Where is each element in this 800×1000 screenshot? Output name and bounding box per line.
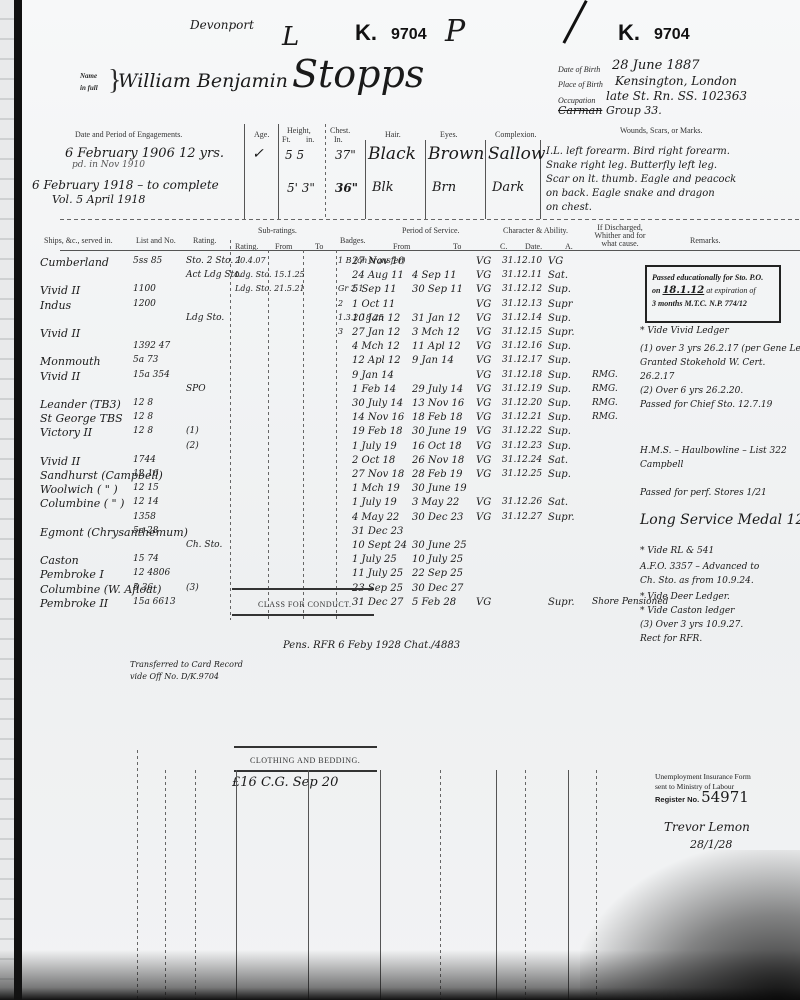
cell-from: 11 July 25	[352, 568, 403, 579]
cell-ship: Vivid II	[40, 284, 80, 297]
stamp-suffix: at expiration of	[706, 286, 755, 295]
cell-to: 10 July 25	[412, 554, 463, 565]
cell-date: 31.12.16	[502, 341, 542, 351]
stamp-line-1: Passed educationally for Sto. P.O.	[652, 273, 774, 282]
cell-date: 31.12.24	[502, 455, 542, 465]
cell-from: 4 Mch 12	[352, 341, 400, 352]
cell-to: 9 Jan 14	[412, 355, 454, 366]
cell-ship: Cumberland	[40, 256, 109, 269]
dob-value: 28 June 1887	[612, 58, 700, 73]
unemployment-register: Register No. 54971	[655, 792, 751, 805]
official-number-right: 9704	[654, 26, 690, 44]
cell-date: 31.12.22	[502, 426, 542, 436]
cell-a: Supr.	[548, 327, 575, 338]
cell-from: 1 Feb 14	[352, 384, 396, 395]
cell-ship: Leander (TB3)	[40, 398, 121, 411]
official-number-right-prefix: K.	[618, 20, 640, 46]
rule	[234, 770, 377, 772]
cell-ship: Egmont (Chrysanthemum)	[40, 526, 188, 539]
unemployment-stamp: Unemployment Insurance Form sent to Mini…	[655, 772, 751, 805]
cell-discharged: RMG.	[592, 384, 618, 394]
cell-to: 3 Mch 12	[412, 327, 460, 338]
cell-c: VG	[476, 270, 491, 281]
cell-rating: Sto. 2 Sto. 1	[186, 256, 242, 266]
rule	[60, 250, 800, 251]
hdr-badges: Badges.	[340, 236, 366, 245]
official-number: 9704	[391, 26, 427, 44]
cell-from: 10 Sept 24	[352, 540, 407, 551]
remark-line: (2) Over 6 yrs 26.2.20.	[640, 386, 743, 396]
cell-from: 27 Jan 12	[352, 327, 400, 338]
cell-c: VG	[476, 370, 491, 381]
cell-a: Supr	[548, 299, 572, 310]
cell-a: Sup.	[548, 469, 571, 480]
cell-to: 30 June 25	[412, 540, 467, 551]
cell-list: 15a 6613	[133, 597, 176, 607]
remark-line: * Vide Vivid Ledger	[640, 326, 729, 336]
wounds-line-2: Snake right leg. Butterfly left leg.	[546, 160, 717, 171]
hdr-period: Period of Service.	[402, 226, 460, 235]
cell-date: 31.12.15	[502, 327, 542, 337]
hdr-rating: Rating.	[193, 236, 216, 245]
cell-date: 31.12.12	[502, 284, 542, 294]
hdr-age: Age.	[254, 130, 269, 139]
remark-line: Campbell	[640, 460, 683, 470]
wounds-line-5: on chest.	[546, 202, 592, 213]
cell-from: 10 Jan 12	[352, 313, 400, 324]
hdr-discharged: If Discharged, Whither and for what caus…	[590, 224, 650, 248]
cell-c: VG	[476, 398, 491, 409]
cell-a: Sup.	[548, 384, 571, 395]
cell-from: 27 Nov 18	[352, 469, 404, 480]
cell-a: Sup.	[548, 355, 571, 366]
occupation-value: late St. Rn. SS. 102363	[606, 89, 747, 103]
cell-c: VG	[476, 355, 491, 366]
cell-list: 1392 47	[133, 341, 170, 351]
cell-a: VG	[548, 256, 563, 267]
cell-ship: Vivid II	[40, 455, 80, 468]
cell-from: 30 July 14	[352, 398, 403, 409]
cell-list: 12 16	[133, 469, 159, 479]
stamp-np: N.P. 774/12	[709, 299, 747, 308]
remark-line: H.M.S. – Haulbowline – List 322	[640, 446, 787, 456]
cell-from: 1 Oct 11	[352, 299, 395, 310]
cell-list: 15 74	[133, 554, 159, 564]
divider	[425, 140, 426, 219]
cell-list: 1200	[133, 299, 156, 309]
remark-line: (1) over 3 yrs 26.2.17 (per Gene Ledger)	[640, 344, 800, 354]
name-label-2: in full	[80, 84, 98, 92]
remark-line: Passed for perf. Stores 1/21	[640, 488, 767, 498]
cell-sub: Ldg. Sto. 21.5.21	[235, 284, 305, 293]
divider	[244, 124, 245, 219]
occupation-extra: Group 33.	[606, 104, 662, 117]
cell-from: 31 Dec 23	[352, 526, 403, 537]
cell-list: 1358	[133, 512, 156, 522]
cell-ship: Indus	[40, 299, 71, 312]
cell-c: VG	[476, 384, 491, 395]
cell-a: Supr.	[548, 512, 575, 523]
cell-list: 12 8	[133, 398, 153, 408]
port-name: Devonport	[190, 18, 254, 32]
cell-ship: Vivid II	[40, 370, 80, 383]
surname: Stopps	[292, 52, 424, 96]
rule	[60, 219, 800, 220]
hdr-remarks: Remarks.	[690, 236, 720, 245]
cell-rating: (1)	[186, 426, 199, 436]
cell-rating: SPO	[186, 384, 206, 394]
education-stamp: Passed educationally for Sto. P.O. on 18…	[645, 265, 781, 323]
hdr-complexion: Complexion.	[495, 130, 537, 139]
hdr-date-period: Date and Period of Engagements.	[75, 130, 182, 139]
cell-to: 30 Dec 27	[412, 583, 463, 594]
cell-rating: (2)	[186, 441, 199, 451]
engagement-1-note: pd. in Nov 1910	[72, 160, 145, 170]
remark-line: A.F.O. 3357 – Advanced to	[640, 562, 759, 572]
engagement-1-age: ✓	[252, 146, 264, 162]
hdr-height: Height,	[287, 126, 311, 135]
cell-a: Sup.	[548, 426, 571, 437]
unemployment-line-1: Unemployment Insurance Form	[655, 772, 751, 782]
cell-list: 1100	[133, 284, 156, 294]
stamp-on: on	[652, 286, 660, 295]
cell-to: 4 Sep 11	[412, 270, 457, 281]
cell-to: 29 July 14	[412, 384, 463, 395]
conduct-label: CLASS FOR CONDUCT.	[258, 600, 352, 609]
initial-mark: L	[282, 22, 299, 52]
cell-list: 12 4806	[133, 568, 170, 578]
remark-line: 26.2.17	[640, 372, 674, 382]
cell-list: 12 8	[133, 412, 153, 422]
engagement-1-height: 5 5	[285, 148, 304, 162]
clothing-value: £16 C.G. Sep 20	[232, 775, 338, 790]
engagement-2-hair: Blk	[372, 180, 394, 195]
cell-to: 30 Sep 11	[412, 284, 463, 295]
remark-line: * Vide Caston ledger	[640, 606, 734, 616]
cell-ship: Victory II	[40, 426, 92, 439]
cell-to: 16 Oct 18	[412, 441, 462, 452]
cell-date: 31.12.11	[502, 270, 542, 280]
hdr-sub-ratings: Sub-ratings.	[258, 226, 297, 235]
cell-from: 12 Apl 12	[352, 355, 401, 366]
cell-c: VG	[476, 327, 491, 338]
divider	[278, 124, 279, 219]
remark-line: Passed for Chief Sto. 12.7.19	[640, 400, 772, 410]
stamp-mtc: 3 months M.T.C.	[652, 299, 707, 308]
engagement-1-date: 6 February 1906 12 yrs.	[65, 146, 224, 161]
hdr-height-in: in.	[306, 135, 314, 144]
cell-to: 22 Sep 25	[412, 568, 463, 579]
hdr-chest-in: In.	[334, 135, 343, 144]
remark-line: Granted Stokehold W. Cert.	[640, 358, 765, 368]
stamp-line-2: on 18.1.12 at expiration of	[652, 285, 774, 296]
engagement-2-date: 6 February 1918 – to complete	[32, 178, 219, 192]
cell-from: 27 Nov 10	[352, 256, 404, 267]
cell-list: 5ss 85	[133, 256, 162, 266]
cell-to: 26 Nov 18	[412, 455, 464, 466]
cell-date: 31.12.27	[502, 512, 542, 522]
cell-list: 12 15	[133, 483, 159, 493]
cell-date: 31.12.25	[502, 469, 542, 479]
cell-badges: 3	[338, 327, 343, 336]
cell-from: 2 Oct 18	[352, 455, 395, 466]
cell-c: VG	[476, 256, 491, 267]
cell-list: 1744	[133, 455, 156, 465]
cell-c: VG	[476, 512, 491, 523]
cell-c: VG	[476, 412, 491, 423]
occupation-struck: Carman	[558, 104, 602, 117]
cell-from: 4 May 22	[352, 512, 399, 523]
cell-rating: (3)	[186, 583, 199, 593]
cell-a: Sup.	[548, 412, 571, 423]
cell-a: Sup.	[548, 441, 571, 452]
cell-c: VG	[476, 341, 491, 352]
cell-c: VG	[476, 455, 491, 466]
cell-date: 31.12.17	[502, 355, 542, 365]
register-value: 54971	[701, 788, 749, 806]
transfer-line-2: vide Off No. D/K.9704	[130, 672, 219, 681]
cell-to: 13 Nov 16	[412, 398, 464, 409]
cell-from: 24 Aug 11	[352, 270, 404, 281]
cell-list: 5a 28	[133, 526, 158, 536]
cell-a: Sat.	[548, 455, 568, 466]
cell-to: 11 Apl 12	[412, 341, 461, 352]
signature: Trevor Lemon	[664, 820, 750, 834]
cell-from: 1 July 25	[352, 554, 397, 565]
cell-ship: Monmouth	[40, 355, 101, 368]
engagement-2-note: Vol. 5 April 1918	[52, 193, 145, 206]
mark-p: P	[445, 14, 465, 49]
name-label: Name	[80, 72, 97, 80]
cell-sub: Ldg. Sto. 15.1.25	[235, 270, 305, 279]
cell-ship: Vivid II	[40, 327, 80, 340]
divider	[325, 124, 326, 219]
cell-rating: Ldg Sto.	[186, 313, 224, 323]
divider	[485, 140, 486, 219]
engagement-2-chest: 36"	[335, 181, 358, 195]
cell-c: VG	[476, 597, 491, 608]
cell-from: 31 Dec 27	[352, 597, 403, 608]
cell-to: 30 June 19	[412, 426, 467, 437]
hdr-wounds: Wounds, Scars, or Marks.	[620, 126, 702, 135]
cell-c: VG	[476, 313, 491, 324]
wounds-line-4: on back. Eagle snake and dragon	[546, 188, 715, 199]
cell-ship: St George TBS	[40, 412, 123, 425]
remark-line: * Vide RL & 541	[640, 546, 714, 556]
cell-from: 5 Sep 11	[352, 284, 397, 295]
cell-c: VG	[476, 284, 491, 295]
cell-to: 30 June 19	[412, 483, 467, 494]
cell-to: 30 Dec 23	[412, 512, 463, 523]
cell-ship: Pembroke II	[40, 597, 108, 610]
rule	[232, 588, 374, 590]
stamp-line-3: 3 months M.T.C. N.P. 774/12	[652, 299, 774, 308]
hdr-eyes: Eyes.	[440, 130, 458, 139]
cell-c: VG	[476, 469, 491, 480]
cell-date: 31.12.20	[502, 398, 542, 408]
pob-label: Place of Birth	[558, 80, 603, 89]
cell-c: VG	[476, 441, 491, 452]
cell-date: 31.12.13	[502, 299, 542, 309]
hdr-height-ft: Ft.	[282, 135, 291, 144]
clothing-label: CLOTHING AND BEDDING.	[250, 756, 360, 765]
cell-rating: Ch. Sto.	[186, 540, 222, 550]
engagement-2-eyes: Brn	[432, 180, 456, 195]
hdr-list-no: List and No.	[136, 236, 176, 245]
hdr-hair: Hair.	[385, 130, 401, 139]
cell-from: 1 Mch 19	[352, 483, 400, 494]
remark-line: Long Service Medal 12/7-20.	[640, 512, 800, 528]
cell-date: 31.12.23	[502, 441, 542, 451]
scan-shadow-corner	[580, 850, 800, 1000]
hdr-ships: Ships, &c., served in.	[44, 236, 113, 245]
wounds-line-1: I.L. left forearm. Bird right forearm.	[546, 146, 730, 157]
remark-line: Rect for RFR.	[640, 634, 702, 644]
remark-line: Ch. Sto. as from 10.9.24.	[640, 576, 754, 586]
cell-c: VG	[476, 426, 491, 437]
official-number-prefix: K.	[355, 20, 377, 46]
cell-discharged: RMG.	[592, 370, 618, 380]
cell-a: Sup.	[548, 398, 571, 409]
cell-to: 18 Feb 18	[412, 412, 463, 423]
engagement-1-eyes: Brown	[428, 144, 484, 164]
cell-a: Supr.	[548, 597, 575, 608]
cell-c: VG	[476, 299, 491, 310]
cell-c: VG	[476, 497, 491, 508]
rule	[232, 614, 374, 616]
register-label: Register No.	[655, 795, 699, 804]
cell-to: 31 Jan 12	[412, 313, 460, 324]
cell-list: 12 14	[133, 497, 159, 507]
cell-a: Sat.	[548, 497, 568, 508]
cell-list: 15a 354	[133, 370, 170, 380]
engagement-1-chest: 37"	[335, 148, 356, 162]
remark-line: (3) Over 3 yrs 10.9.27.	[640, 620, 743, 630]
transfer-line-1: Transferred to Card Record	[130, 660, 243, 669]
engagement-1-complexion: Sallow	[488, 144, 545, 164]
hdr-chest: Chest.	[330, 126, 350, 135]
cell-date: 31.12.26	[502, 497, 542, 507]
cell-badges: 2	[338, 299, 343, 308]
cell-date: 31.12.19	[502, 384, 542, 394]
cell-ship: Caston	[40, 554, 79, 567]
hdr-character: Character & Ability.	[503, 226, 568, 235]
cell-date: 31.12.18	[502, 370, 542, 380]
stamp-date: 18.1.12	[662, 285, 704, 296]
cell-to: 3 May 22	[412, 497, 459, 508]
cell-list: 5a 73	[133, 355, 158, 365]
cell-date: 31.12.10	[502, 256, 542, 266]
cell-list: 5 36	[133, 583, 153, 593]
cell-discharged: RMG.	[592, 412, 618, 422]
cell-date: 31.12.21	[502, 412, 542, 422]
cell-from: 1 July 19	[352, 497, 397, 508]
cell-a: Sup.	[548, 341, 571, 352]
cell-from: 1 July 19	[352, 441, 397, 452]
cell-from: 9 Jan 14	[352, 370, 394, 381]
cell-ship: Pembroke I	[40, 568, 104, 581]
remark-line: * Vide Deer Ledger.	[640, 592, 730, 602]
dob-label: Date of Birth	[558, 65, 600, 74]
cell-to: 5 Feb 28	[412, 597, 456, 608]
engagement-1-hair: Black	[368, 144, 416, 164]
pen-stroke	[562, 0, 587, 44]
cell-rating: Act Ldg Sto.	[186, 270, 242, 280]
cell-a: Sup.	[548, 313, 571, 324]
cell-sub: 20.4.07	[235, 256, 266, 265]
service-record-sheet: Devonport L K. 9704 P K. 9704 Name in fu…	[0, 0, 800, 1000]
cell-date: 31.12.14	[502, 313, 542, 323]
engagement-2-complexion: Dark	[492, 180, 524, 195]
cell-a: Sup.	[548, 370, 571, 381]
given-names: William Benjamin	[118, 70, 288, 92]
cell-ship: Columbine ( " )	[40, 497, 124, 510]
wounds-line-3: Scar on lt. thumb. Eagle and peacock	[546, 174, 736, 185]
pob-value: Kensington, London	[615, 74, 737, 88]
engagement-2-height: 5' 3"	[287, 181, 315, 195]
cell-from: 19 Feb 18	[352, 426, 403, 437]
cell-to: 28 Feb 19	[412, 469, 463, 480]
cell-list: 12 8	[133, 426, 153, 436]
cell-a: Sup.	[548, 284, 571, 295]
rule	[234, 746, 377, 748]
cell-discharged: RMG.	[592, 398, 618, 408]
cell-ship: Woolwich ( " )	[40, 483, 118, 496]
cell-from: 14 Nov 16	[352, 412, 404, 423]
divider	[365, 140, 366, 219]
cell-a: Sat.	[548, 270, 568, 281]
pension-line: Pens. RFR 6 Feby 1928 Chat./4883	[283, 640, 460, 651]
